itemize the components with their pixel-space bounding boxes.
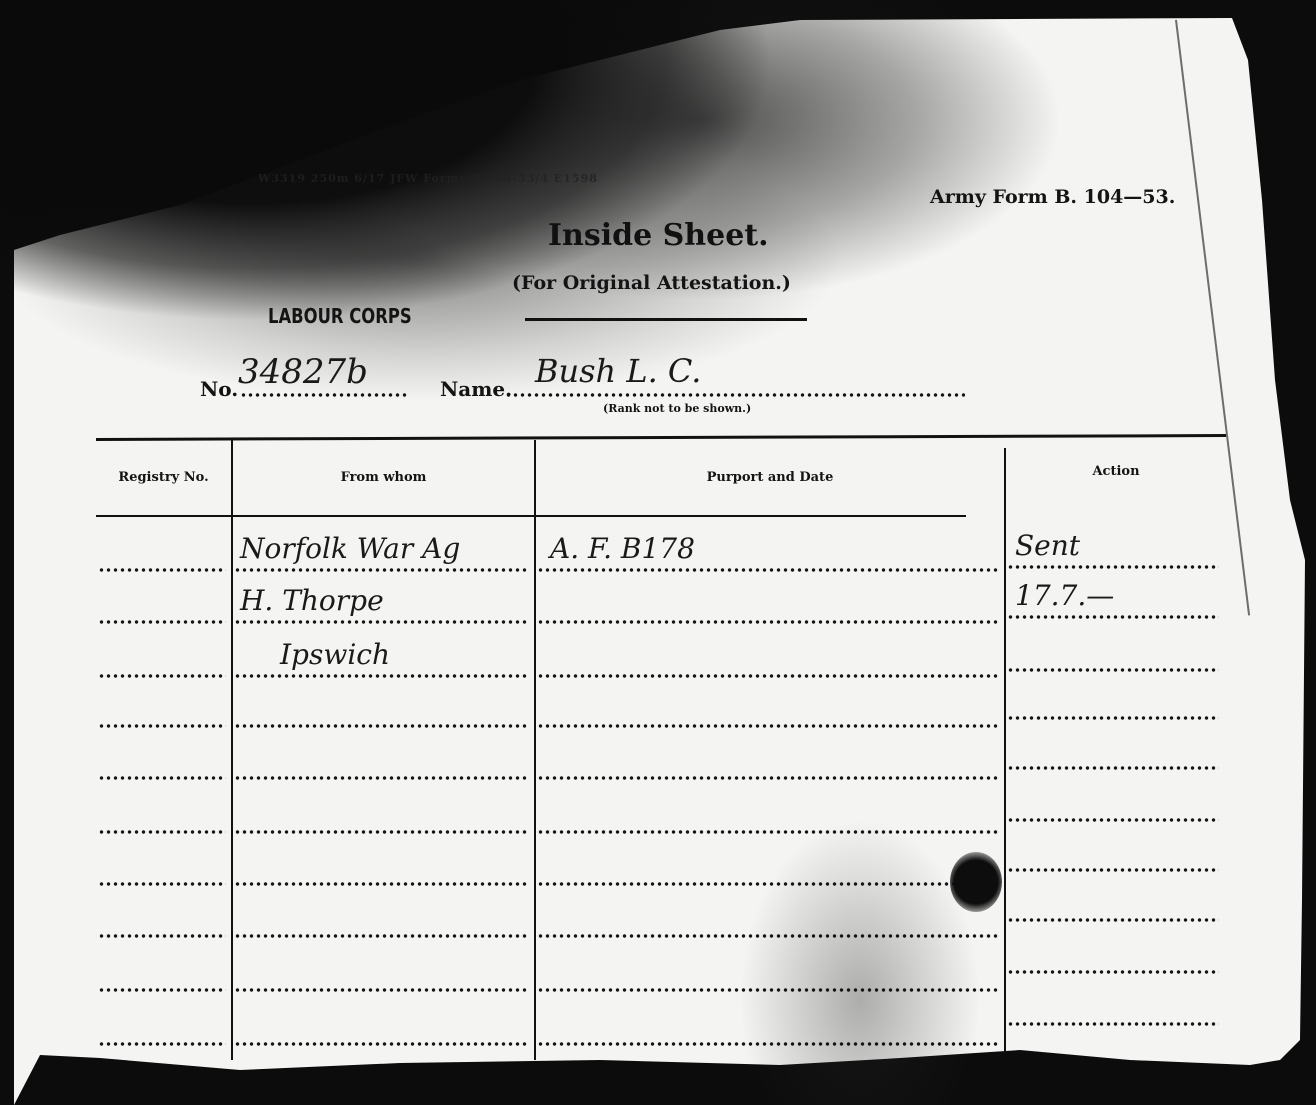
column-divider-2: [534, 440, 536, 1060]
row-dotted-line: [1007, 766, 1219, 770]
row-dotted-line: [234, 1042, 529, 1046]
row-dotted-line: [234, 620, 529, 624]
row-dotted-line: [1007, 615, 1219, 619]
row-dotted-line: [98, 988, 226, 992]
row-dotted-line: [537, 1042, 999, 1046]
row-dotted-line: [98, 568, 226, 572]
row-dotted-line: [1007, 818, 1219, 822]
cell-from-whom: Norfolk War Ag: [240, 532, 460, 565]
cell-from-whom: Ipswich: [280, 638, 390, 671]
row-dotted-line: [98, 934, 226, 938]
name-dotted-line: [505, 393, 965, 397]
column-header-purport-and-date: Purport and Date: [536, 470, 1004, 485]
name-value: Bush L. C.: [535, 352, 701, 390]
row-dotted-line: [98, 674, 226, 678]
sheet-title: Inside Sheet.: [548, 218, 769, 253]
title-underline: [525, 318, 807, 321]
row-dotted-line: [234, 674, 529, 678]
row-dotted-line: [98, 882, 226, 886]
row-dotted-line: [1007, 716, 1219, 720]
row-dotted-line: [537, 934, 999, 938]
row-dotted-line: [1007, 1022, 1219, 1026]
cell-action: Sent: [1015, 529, 1080, 562]
row-dotted-line: [98, 620, 226, 624]
row-dotted-line: [234, 988, 529, 992]
row-dotted-line: [234, 724, 529, 728]
number-value: 34827b: [238, 352, 368, 392]
column-divider-1: [231, 440, 233, 1060]
row-dotted-line: [1007, 970, 1219, 974]
name-label: Name.: [440, 377, 512, 401]
row-dotted-line: [537, 988, 999, 992]
column-header-action: Action: [1006, 464, 1226, 479]
row-dotted-line: [234, 776, 529, 780]
row-dotted-line: [537, 830, 999, 834]
row-dotted-line: [537, 568, 999, 572]
column-header-from-whom: From whom: [233, 470, 534, 485]
row-dotted-line: [537, 882, 999, 886]
row-dotted-line: [98, 1042, 226, 1046]
row-dotted-line: [234, 934, 529, 938]
row-dotted-line: [537, 724, 999, 728]
row-dotted-line: [98, 724, 226, 728]
row-dotted-line: [98, 776, 226, 780]
cell-purport-and-date: A. F. B178: [550, 532, 695, 565]
number-dotted-line: [240, 393, 408, 397]
row-dotted-line: [234, 830, 529, 834]
cell-action: 17.7.—: [1015, 579, 1114, 612]
name-hint: (Rank not to be shown.): [603, 402, 751, 415]
row-dotted-line: [537, 620, 999, 624]
row-dotted-line: [537, 776, 999, 780]
row-dotted-line: [1007, 918, 1219, 922]
row-dotted-line: [234, 882, 529, 886]
row-dotted-line: [234, 568, 529, 572]
sheet-subtitle: (For Original Attestation.): [512, 272, 791, 294]
row-dotted-line: [98, 830, 226, 834]
printer-imprint: W3319 250m 6/17 JFW Forms/B 104-53/4 E15…: [258, 172, 598, 185]
table-header-rule: [96, 515, 966, 517]
column-divider-3: [1004, 448, 1006, 1053]
row-dotted-line: [1007, 565, 1219, 569]
form-number: Army Form B. 104—53.: [930, 186, 1175, 208]
ink-blot: [950, 852, 1002, 912]
number-label: No.: [200, 377, 238, 401]
row-dotted-line: [1007, 668, 1219, 672]
cell-from-whom: H. Thorpe: [240, 584, 384, 617]
row-dotted-line: [537, 674, 999, 678]
row-dotted-line: [1007, 868, 1219, 872]
column-header-registry-no: Registry No.: [96, 470, 231, 485]
unit-stamp: LABOUR CORPS: [268, 304, 412, 328]
